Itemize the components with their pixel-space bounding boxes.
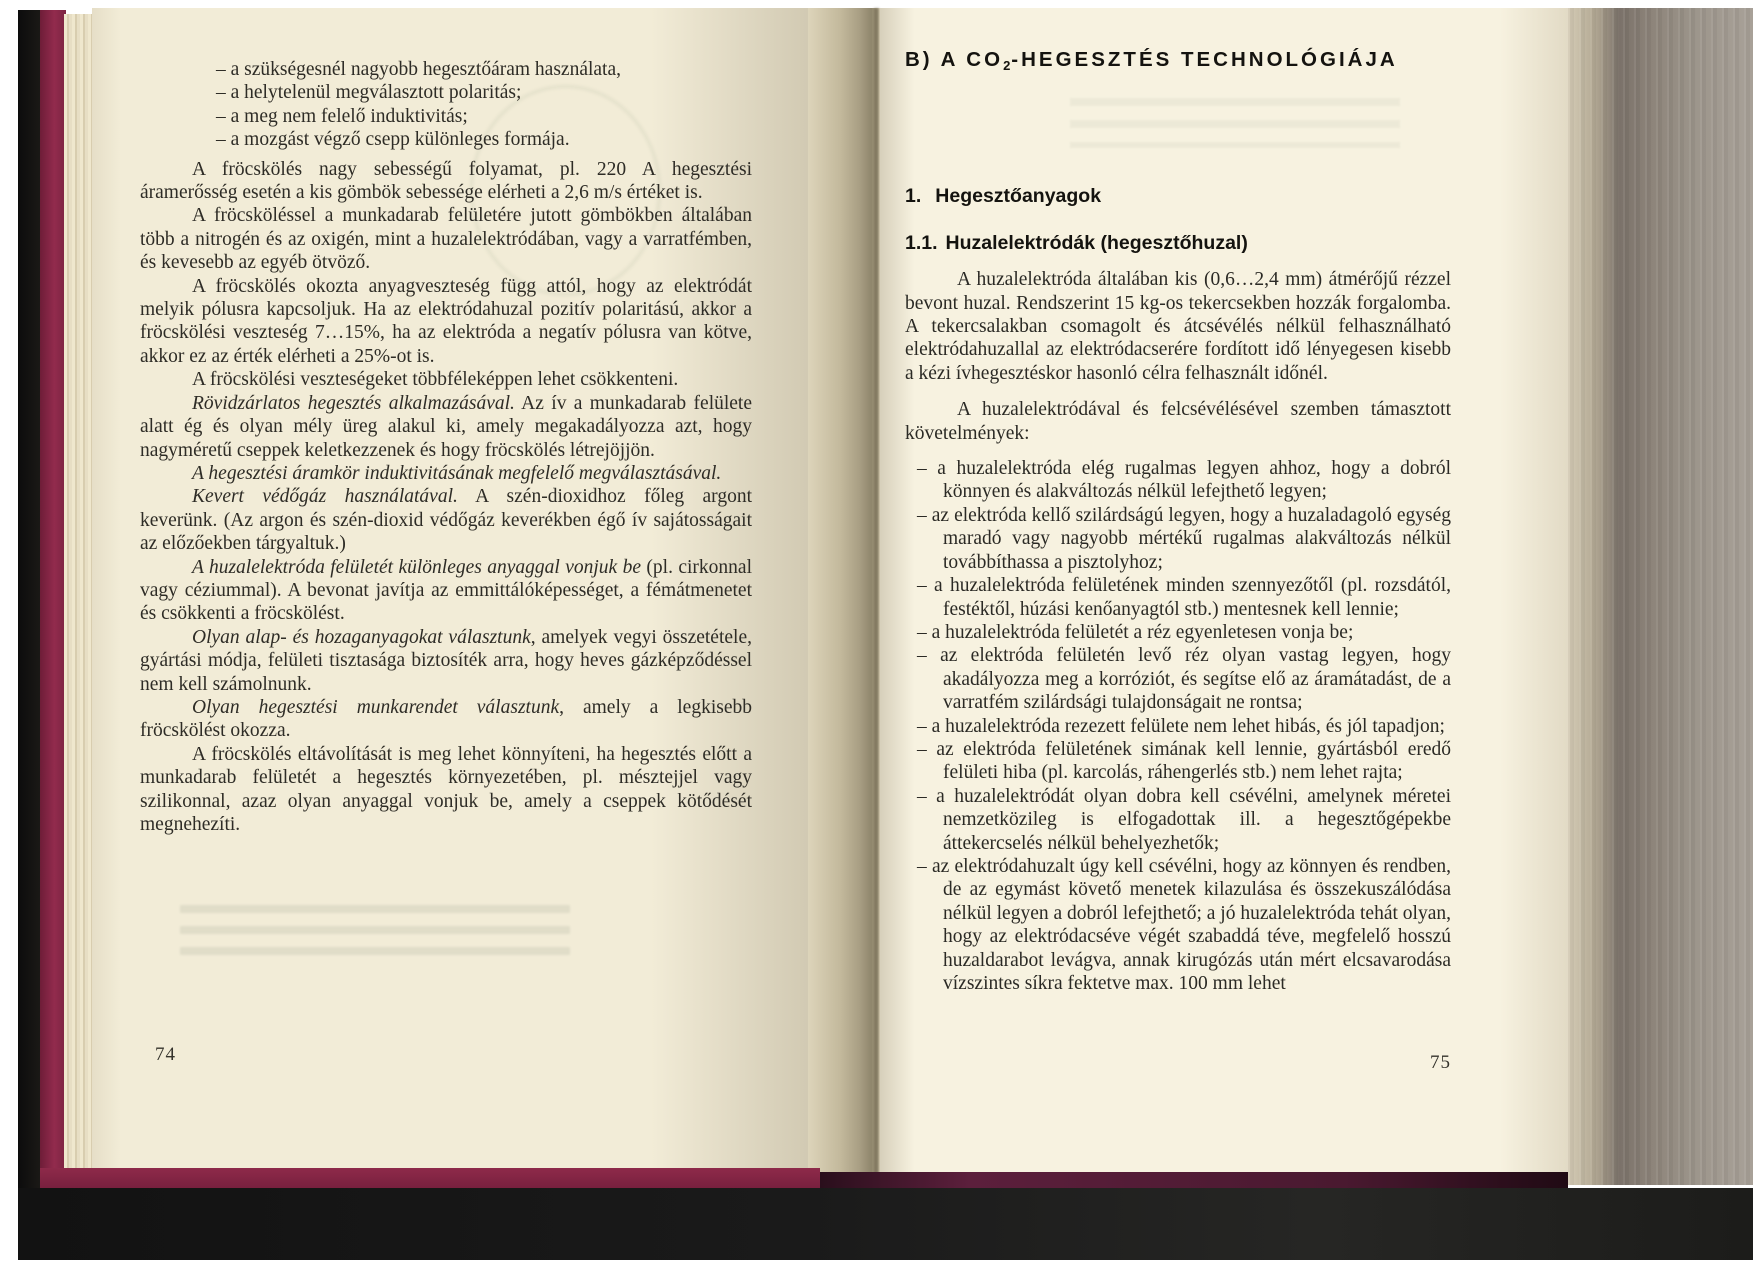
paragraph: Olyan alap- és hozaganyagokat választunk…	[140, 626, 752, 696]
right-page: B) A CO2-HEGESZTÉS TECHNOLÓGIÁJA 1.Heges…	[880, 8, 1568, 1182]
page-number-left: 74	[155, 1044, 176, 1066]
list-item: – a huzalelektróda elég rugalmas legyen …	[917, 457, 1451, 504]
paragraph: A huzalelektródával és felcsévélésével s…	[905, 398, 1451, 445]
paragraph: A huzalelektróda felületét különleges an…	[140, 556, 752, 626]
paragraph: A fröcskölés nagy sebességű folyamat, pl…	[140, 158, 752, 205]
paragraph: A huzalelektróda általában kis (0,6…2,4 …	[905, 268, 1451, 385]
paragraph: A fröcsköléssel a munkadarab felületére …	[140, 204, 752, 274]
book-cover-edge-bottom	[40, 1168, 820, 1190]
subsection-heading: 1.1.Huzalelektródák (hegesztőhuzal)	[905, 232, 1451, 255]
list-item: – a huzalelektróda felületének minden sz…	[917, 574, 1451, 621]
list-item: – a huzalelektróda rezezett felülete nem…	[917, 715, 1451, 738]
book-scan: – a szükségesnél nagyobb hegesztőáram ha…	[0, 0, 1753, 1275]
paragraph: Olyan hegesztési munkarendet választunk,…	[140, 696, 752, 743]
section-heading: 1.Hegesztőanyagok	[905, 185, 1451, 208]
list-item: – a helytelenül megválasztott polaritás;	[140, 81, 752, 104]
paragraph: Kevert védőgáz használatával. A szén-dio…	[140, 485, 752, 555]
right-page-text: B) A CO2-HEGESZTÉS TECHNOLÓGIÁJA 1.Heges…	[905, 48, 1451, 995]
paragraph: Rövidzárlatos hegesztés alkalmazásával. …	[140, 392, 752, 462]
paragraph: A fröcskölés okozta anyagveszteség függ …	[140, 275, 752, 369]
list-item: – a meg nem felelő induktivitás;	[140, 105, 752, 128]
chapter-heading: B) A CO2-HEGESZTÉS TECHNOLÓGIÁJA	[905, 48, 1451, 77]
page-edge-line	[874, 8, 879, 1178]
left-page-text: – a szükségesnél nagyobb hegesztőáram ha…	[140, 58, 752, 836]
paragraph: A fröcskölés eltávolítását is meg lehet …	[140, 743, 752, 837]
left-page: – a szükségesnél nagyobb hegesztőáram ha…	[92, 8, 808, 1172]
paragraph: A hegesztési áramkör induktivitásának me…	[140, 462, 752, 485]
book-cover-edge-left	[40, 10, 66, 1260]
scan-dark-bottom	[18, 1188, 1753, 1260]
book-gutter-shadow	[808, 8, 880, 1176]
list-item: – a huzalelektróda felületét a réz egyen…	[917, 621, 1451, 644]
list-item: – a mozgást végző csepp különleges formá…	[140, 128, 752, 151]
page-stack-edge	[64, 14, 94, 1254]
list-item: – az elektródahuzalt úgy kell csévélni, …	[917, 855, 1451, 995]
requirements-list: – a huzalelektróda elég rugalmas legyen …	[917, 457, 1451, 995]
paragraph: A fröcskölési veszteségeket többféleképp…	[140, 368, 752, 391]
page-edge-streaks	[1568, 8, 1753, 1185]
list-item: – az elektróda kellő szilárdságú legyen,…	[917, 504, 1451, 574]
list-item: – az elektróda felületének simának kell …	[917, 738, 1451, 785]
page-number-right: 75	[905, 1052, 1451, 1074]
list-item: – az elektróda felületén levő réz olyan …	[917, 644, 1451, 714]
list-item: – a szükségesnél nagyobb hegesztőáram ha…	[140, 58, 752, 81]
list-item: – a huzalelektródát olyan dobra kell csé…	[917, 785, 1451, 855]
book-edge-right	[1568, 8, 1753, 1185]
